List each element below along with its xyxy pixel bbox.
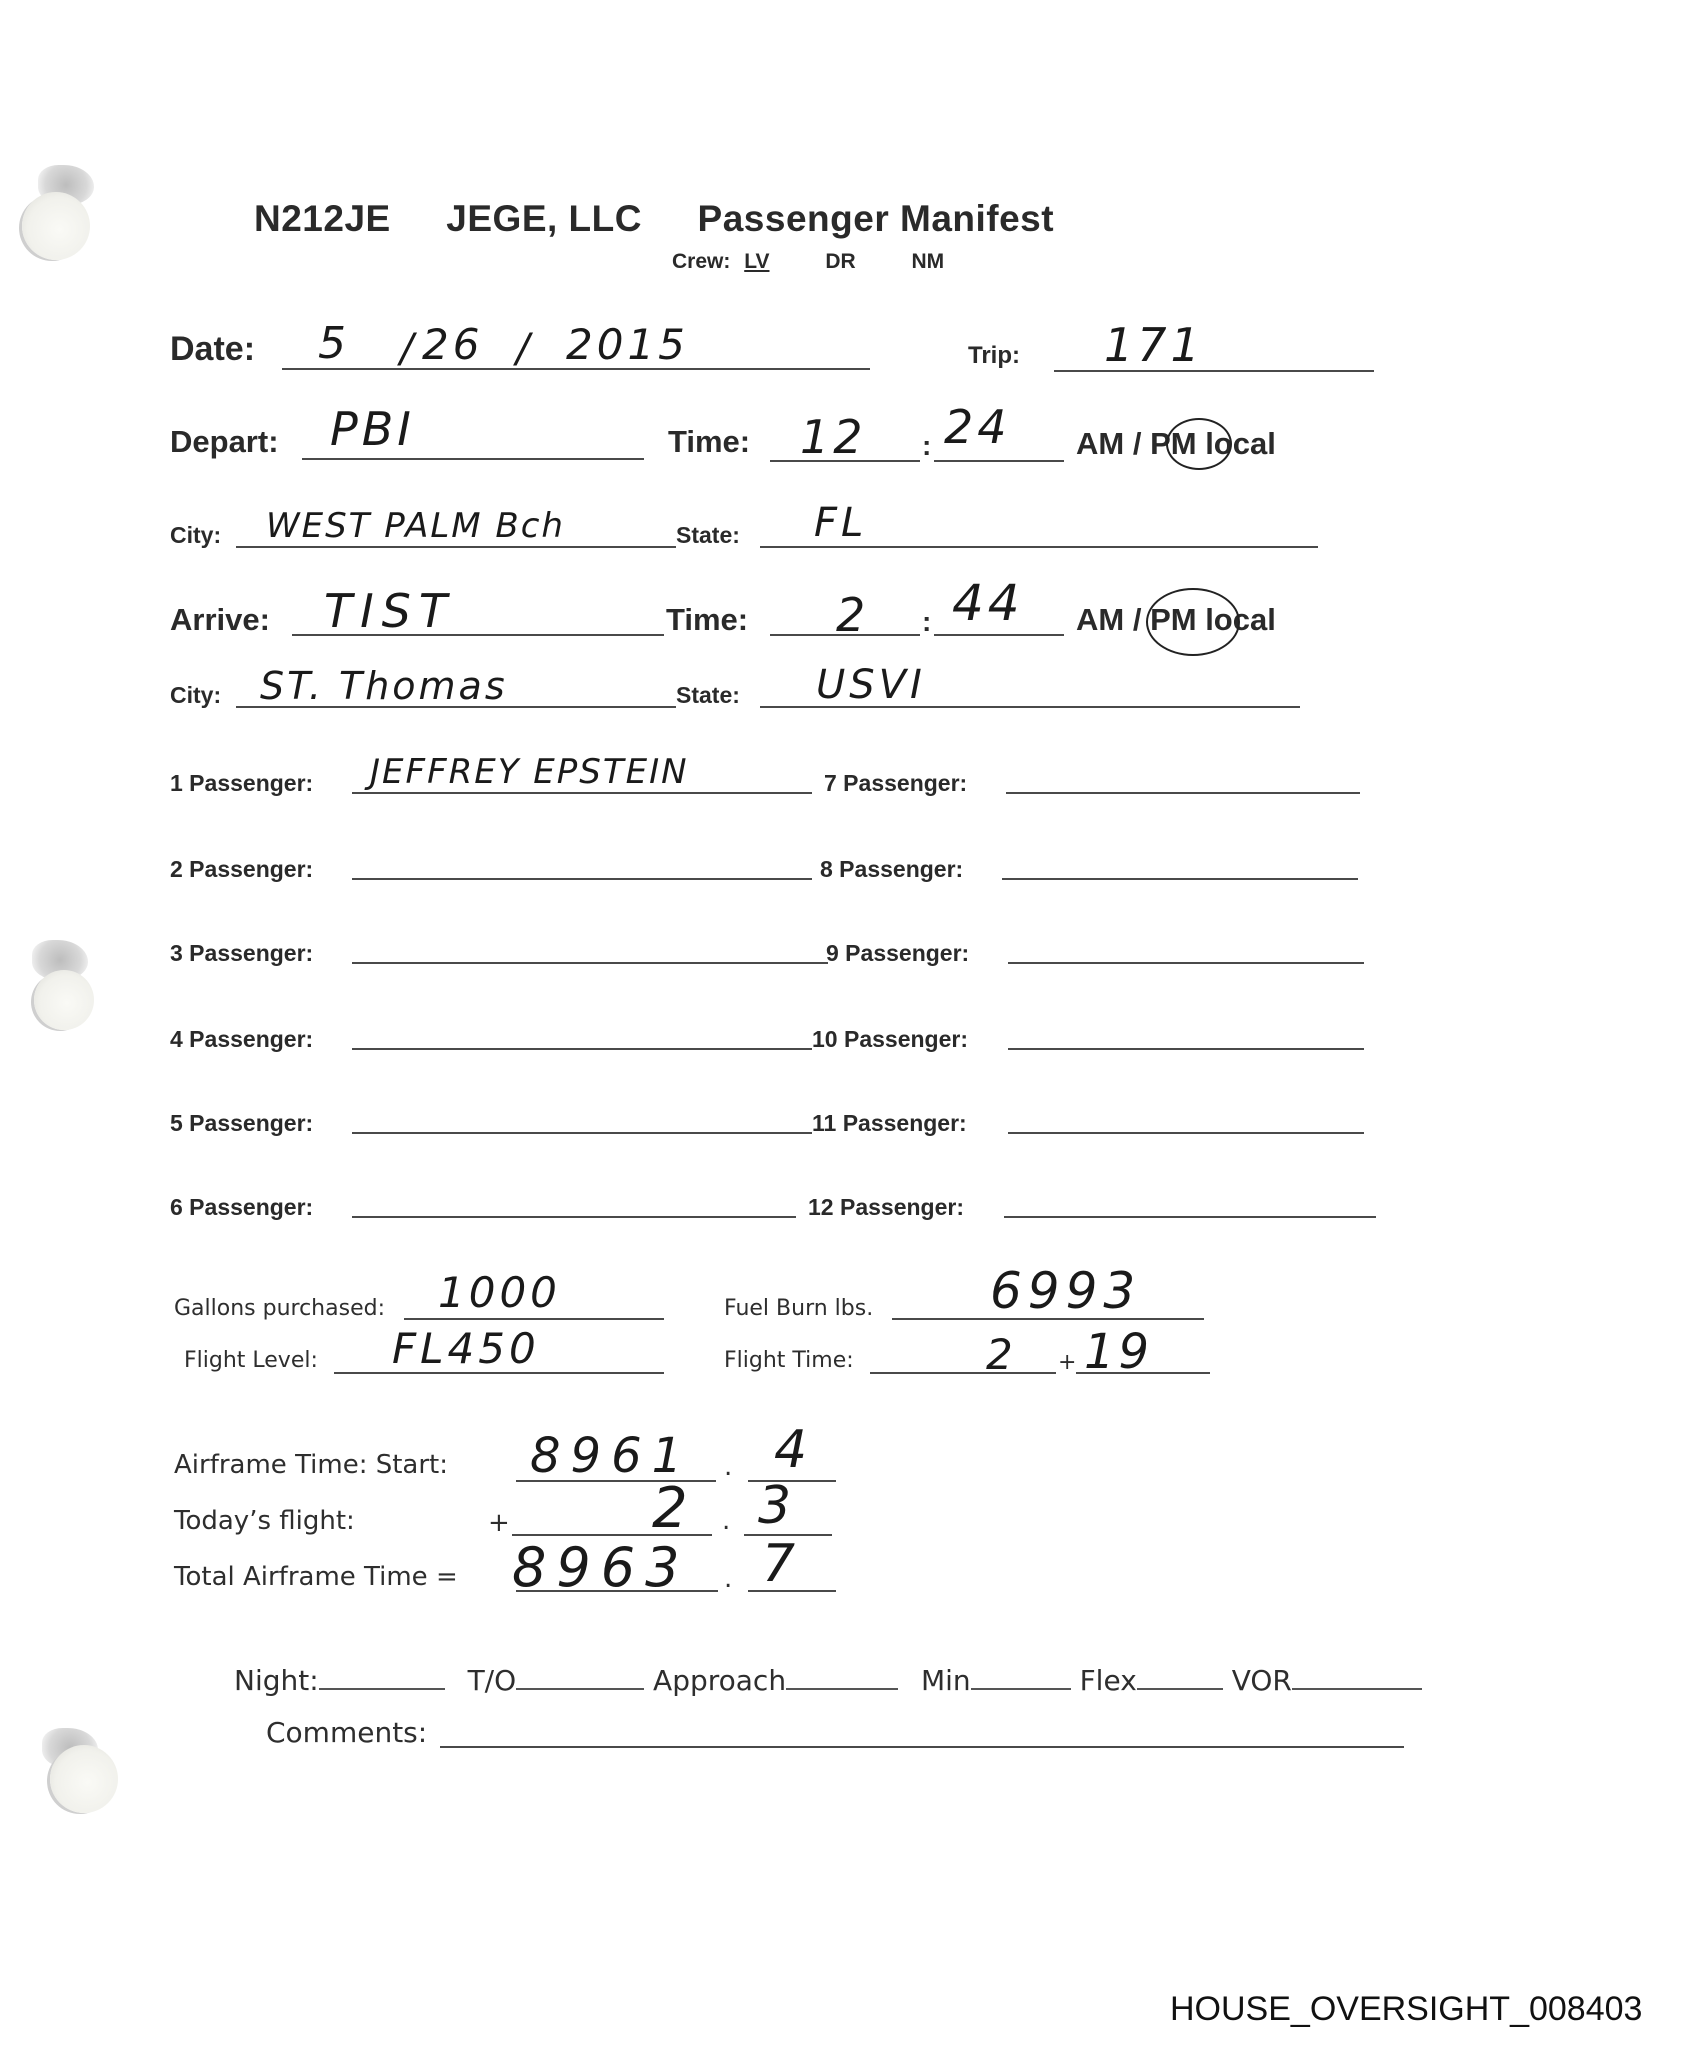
comments-line[interactable] xyxy=(440,1746,1404,1748)
arrive-airport[interactable]: TIST xyxy=(324,584,455,638)
passenger-value-1[interactable]: JEFFREY EPSTEIN xyxy=(370,752,689,792)
arrive-pm-circle xyxy=(1146,588,1240,656)
approach-label: Approach xyxy=(653,1664,786,1697)
arrive-time-label: Time: xyxy=(666,602,748,638)
flight-time-hours-line xyxy=(870,1372,1056,1374)
passenger-line-7 xyxy=(1006,792,1360,794)
gallons-label: Gallons purchased: xyxy=(174,1296,385,1321)
arrive-time-colon: : xyxy=(922,606,931,638)
depart-line xyxy=(302,458,644,460)
depart-label: Depart: xyxy=(170,424,279,460)
gallons-value[interactable]: 1000 xyxy=(438,1268,561,1317)
arrive-city[interactable]: ST. Thomas xyxy=(260,664,508,708)
depart-minute[interactable]: 24 xyxy=(944,400,1011,454)
trip-label: Trip: xyxy=(968,342,1020,370)
total-airframe-label: Total Airframe Time = xyxy=(174,1562,458,1592)
total-airframe-tenths[interactable]: 7 xyxy=(762,1534,799,1594)
airframe-start-decimal: . xyxy=(724,1452,732,1482)
crew-label: Crew: xyxy=(672,250,730,273)
passenger-line-2 xyxy=(352,878,812,880)
vor-field[interactable] xyxy=(1292,1688,1422,1690)
flight-time-plus: + xyxy=(1058,1350,1076,1375)
arrive-state[interactable]: USVI xyxy=(816,662,926,708)
page-title: Passenger Manifest xyxy=(698,198,1055,239)
passenger-label-10: 10 Passenger: xyxy=(812,1026,968,1053)
passenger-label-1: 1 Passenger: xyxy=(170,770,313,797)
depart-hour[interactable]: 12 xyxy=(800,410,867,464)
crew-member-lv[interactable]: LV xyxy=(744,250,769,273)
crew-member-dr[interactable]: DR xyxy=(825,250,855,273)
todays-flight-decimal: . xyxy=(722,1506,730,1536)
passenger-line-10 xyxy=(1008,1048,1364,1050)
todays-flight-plus: + xyxy=(488,1508,510,1538)
fuel-burn-label: Fuel Burn lbs. xyxy=(724,1296,873,1321)
passenger-line-12 xyxy=(1004,1216,1376,1218)
passenger-label-2: 2 Passenger: xyxy=(170,856,313,883)
passenger-label-4: 4 Passenger: xyxy=(170,1026,313,1053)
depart-pm-circle xyxy=(1166,418,1232,470)
depart-city[interactable]: WEST PALM Bch xyxy=(266,506,565,546)
date-month[interactable]: 5 xyxy=(318,318,350,369)
arrive-city-label: City: xyxy=(170,682,221,709)
crew-row: Crew: LV DR NM xyxy=(672,250,944,274)
date-label: Date: xyxy=(170,330,255,369)
company-name: JEGE, LLC xyxy=(446,198,642,239)
night-label: Night: xyxy=(234,1664,319,1697)
vor-label: VOR xyxy=(1232,1664,1292,1697)
takeoff-label: T/O xyxy=(468,1664,517,1697)
passenger-line-1 xyxy=(352,792,812,794)
arrive-state-label: State: xyxy=(676,682,740,709)
depart-airport[interactable]: PBI xyxy=(330,402,415,456)
tail-number: N212JE xyxy=(254,198,391,239)
depart-am-label[interactable]: AM / xyxy=(1076,426,1141,461)
gallons-line xyxy=(404,1318,664,1320)
passenger-label-7: 7 Passenger: xyxy=(824,770,967,797)
passenger-line-4 xyxy=(352,1048,812,1050)
approach-field[interactable] xyxy=(786,1688,898,1690)
document-header: N212JE JEGE, LLC Passenger Manifest xyxy=(254,198,1054,240)
passenger-label-12: 12 Passenger: xyxy=(808,1194,964,1221)
trip-line xyxy=(1054,370,1374,372)
night-field[interactable] xyxy=(319,1688,445,1690)
flex-field[interactable] xyxy=(1137,1688,1223,1690)
todays-flight-tenths[interactable]: 3 xyxy=(758,1476,795,1536)
comments-label: Comments: xyxy=(266,1716,427,1749)
depart-time-label: Time: xyxy=(668,424,750,460)
fuel-burn-value[interactable]: 6993 xyxy=(990,1262,1141,1320)
depart-state-line xyxy=(760,546,1318,548)
min-field[interactable] xyxy=(971,1688,1071,1690)
depart-minute-line xyxy=(934,460,1064,462)
binder-hole-top xyxy=(22,192,90,260)
total-airframe-whole[interactable]: 8963 xyxy=(512,1536,689,1599)
passenger-label-3: 3 Passenger: xyxy=(170,940,313,967)
date-year[interactable]: 2015 xyxy=(566,320,689,369)
flex-label: Flex xyxy=(1080,1664,1137,1697)
depart-state-label: State: xyxy=(676,522,740,549)
passenger-line-11 xyxy=(1008,1132,1364,1134)
crew-member-nm[interactable]: NM xyxy=(912,250,945,273)
depart-state[interactable]: FL xyxy=(814,500,867,546)
arrive-minute[interactable]: 44 xyxy=(952,574,1024,632)
training-row: Night: T/O Approach Min Flex VOR xyxy=(234,1664,1422,1697)
passenger-label-11: 11 Passenger: xyxy=(812,1110,967,1137)
passenger-label-6: 6 Passenger: xyxy=(170,1194,313,1221)
passenger-line-3 xyxy=(352,962,828,964)
passenger-line-5 xyxy=(352,1132,812,1134)
total-airframe-decimal: . xyxy=(724,1564,732,1594)
depart-city-label: City: xyxy=(170,522,221,549)
flight-level-value[interactable]: FL450 xyxy=(392,1324,540,1373)
depart-time-colon: : xyxy=(922,430,931,462)
arrive-am-label[interactable]: AM / xyxy=(1076,602,1141,637)
passenger-label-9: 9 Passenger: xyxy=(826,940,969,967)
todays-flight-whole[interactable]: 2 xyxy=(652,1476,692,1541)
passenger-line-8 xyxy=(1002,878,1358,880)
min-label: Min xyxy=(921,1664,971,1697)
takeoff-field[interactable] xyxy=(516,1688,644,1690)
flight-time-label: Flight Time: xyxy=(724,1348,854,1373)
flight-level-label: Flight Level: xyxy=(184,1348,318,1373)
date-separator-2: / xyxy=(516,326,533,372)
airframe-start-label: Airframe Time: Start: xyxy=(174,1450,448,1480)
passenger-line-6 xyxy=(352,1216,796,1218)
passenger-label-5: 5 Passenger: xyxy=(170,1110,313,1137)
passenger-line-9 xyxy=(1008,962,1364,964)
todays-flight-label: Today’s flight: xyxy=(174,1506,355,1536)
bates-number: HOUSE_OVERSIGHT_008403 xyxy=(1170,1990,1642,2029)
arrive-minute-line xyxy=(934,634,1064,636)
trip-number[interactable]: 171 xyxy=(1104,318,1204,372)
flight-time-hours[interactable]: 2 xyxy=(986,1330,1017,1379)
arrive-label: Arrive: xyxy=(170,602,270,638)
date-separator-1: / xyxy=(400,326,417,372)
date-day[interactable]: 26 xyxy=(422,320,483,369)
passenger-label-8: 8 Passenger: xyxy=(820,856,963,883)
airframe-start-tenths[interactable]: 4 xyxy=(774,1420,811,1480)
depart-city-line xyxy=(236,546,676,548)
binder-hole-middle xyxy=(34,970,94,1030)
binder-hole-bottom xyxy=(50,1745,118,1813)
flight-time-minutes[interactable]: 19 xyxy=(1084,1324,1153,1380)
arrive-hour[interactable]: 2 xyxy=(836,588,869,642)
